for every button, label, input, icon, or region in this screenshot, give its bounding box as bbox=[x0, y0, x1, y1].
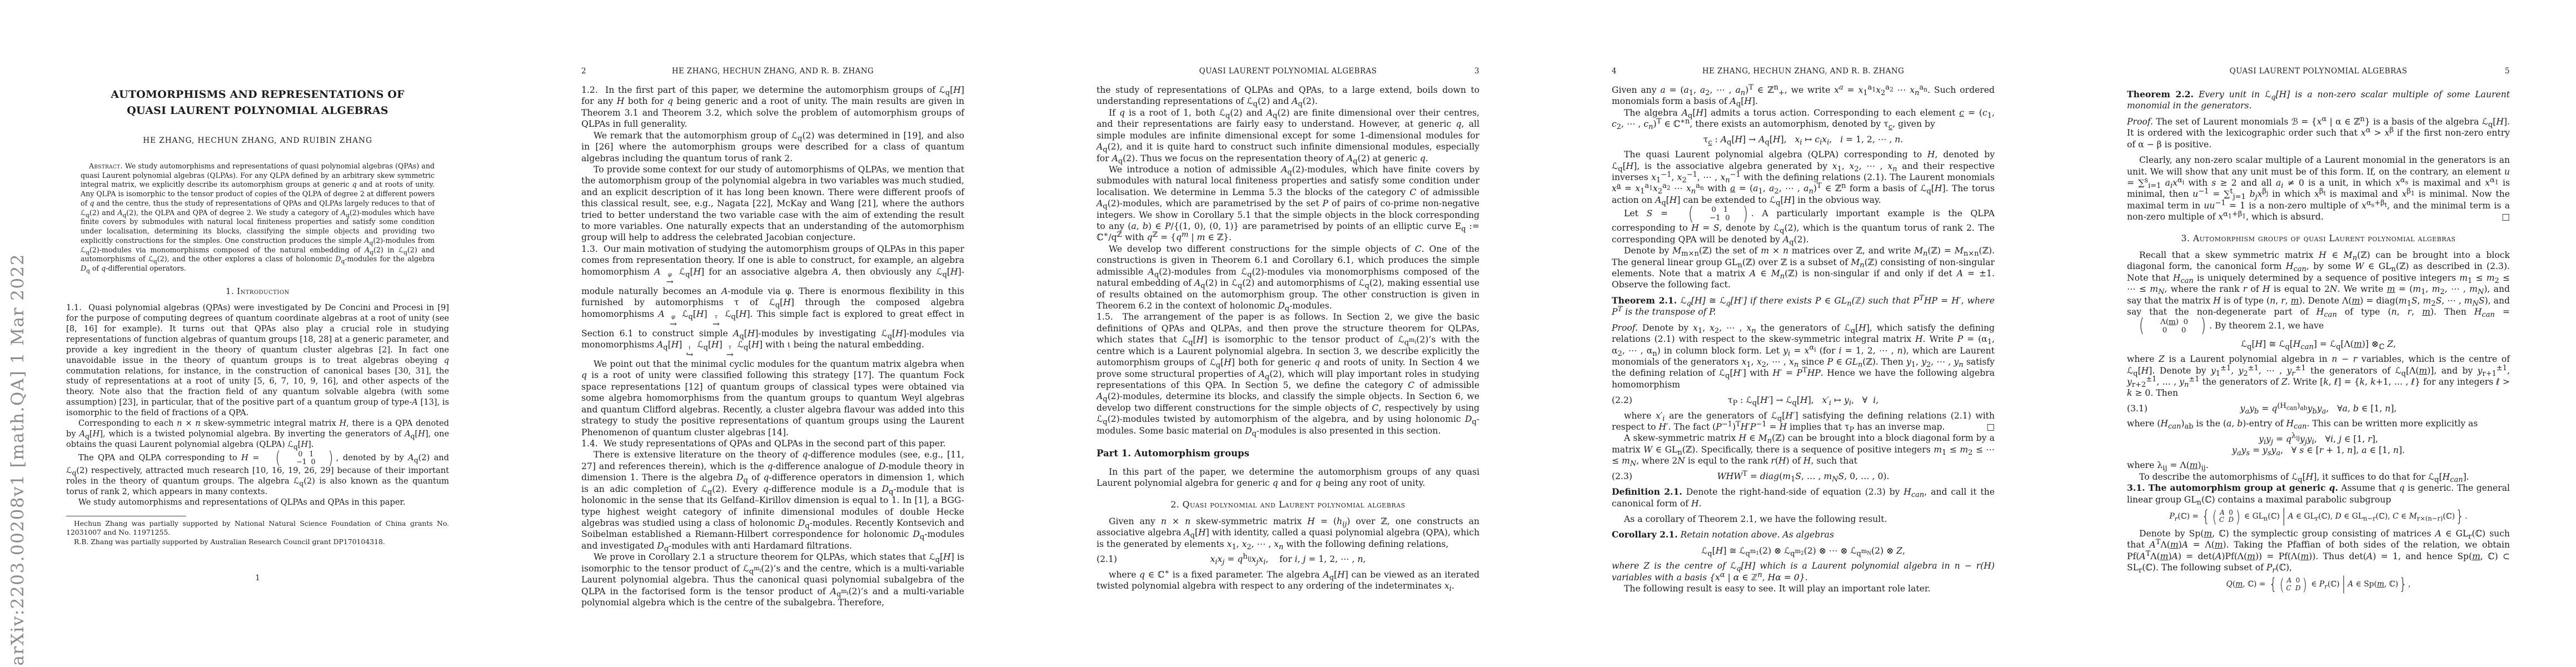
paragraph: 3.1. The automorphism group at generic q… bbox=[2127, 482, 2510, 505]
paragraph: The quasi Laurent polynomial algebra (QL… bbox=[1612, 149, 1995, 206]
equation-body: WHWT = diag(m1S, … , mNS, 0, … , 0). bbox=[1612, 471, 1995, 482]
section-heading: 1. Introduction bbox=[66, 287, 449, 297]
equation-body: τP : ℒq[H′] → ℒq[H], x′i ↦ yi, ∀ i, bbox=[1612, 395, 1995, 406]
running-title: QUASI LAURENT POLYNOMIAL ALGEBRAS bbox=[2230, 67, 2408, 76]
page-4: 4 HE ZHANG, HECHUN ZHANG, AND R. B. ZHAN… bbox=[1546, 0, 2061, 667]
paragraph: where Z is the centre of ℒq[H] which is … bbox=[1612, 560, 1995, 583]
paragraph: In this part of the paper, we determine … bbox=[1097, 466, 1479, 489]
paper-title: AUTOMORPHISMS AND REPRESENTATIONS OFQUAS… bbox=[66, 87, 449, 118]
paragraph: Given any n × n skew-symmetric matrix H … bbox=[1097, 516, 1479, 550]
part-heading: Part 1. Automorphism groups bbox=[1097, 447, 1479, 460]
paragraph: If q is a root of 1, both ℒq(2) and Aq(2… bbox=[1097, 107, 1479, 164]
qed-symbol: □ bbox=[1974, 421, 1995, 432]
running-head: 4 HE ZHANG, HECHUN ZHANG, AND R. B. ZHAN… bbox=[1612, 67, 1995, 76]
section-heading: 3. Automorphism groups of quasi Laurent … bbox=[2127, 233, 2510, 244]
paragraph: We remark that the automorphism group of… bbox=[581, 130, 964, 164]
paragraph: where (Hcan)ab is the (a, b)-entry of Hc… bbox=[2127, 418, 2510, 429]
paragraph: 1.3. Our main motivation of studying the… bbox=[581, 243, 964, 359]
equation-number: (3.1) bbox=[2127, 403, 2148, 414]
paragraph: To provide some context for our study of… bbox=[581, 164, 964, 243]
equation-number: (2.3) bbox=[1612, 471, 1632, 482]
page-2: 2 HE ZHANG, HECHUN ZHANG, AND R. B. ZHAN… bbox=[515, 0, 1030, 667]
theorem: Theorem 2.2. Every unit in ℒq[H] is a no… bbox=[2127, 89, 2510, 112]
page-4-content: Given any a = (a1, a2, ⋯ , an)T ∈ ℤn+, w… bbox=[1612, 84, 1995, 595]
display-equation: Pr(ℂ) = {(A 0C D) ∈ GLn(ℂ)|A ∈ GLr(ℂ), D… bbox=[2127, 509, 2510, 524]
paragraph: The QPA and QLPA corresponding to H = (0… bbox=[66, 450, 449, 497]
proof-paragraph: Proof. The set of Laurent monomials ℬ = … bbox=[2127, 116, 2510, 150]
equation-body: yayb = q(Hcan)abybya, ∀a, b ∈ [1, n], bbox=[2127, 403, 2510, 414]
paragraph: 1.1. Quasi polynomial algebras (QPAs) we… bbox=[66, 303, 449, 419]
numbered-equation: (2.3)WHWT = diag(m1S, … , mNS, 0, … , 0)… bbox=[1612, 471, 1995, 482]
equation-body: xixj = qhijxjxi, for i, j = 1, 2, ⋯ , n, bbox=[1097, 554, 1479, 565]
paragraph: The algebra Aq[H] admits a torus action.… bbox=[1612, 107, 1995, 130]
equation-number: (2.2) bbox=[1612, 395, 1632, 406]
header-page-number: 2 bbox=[581, 67, 586, 76]
paragraph: the study of representations of QLPAs an… bbox=[1097, 84, 1479, 107]
paragraph: Given any a = (a1, a2, ⋯ , an)T ∈ ℤn+, w… bbox=[1612, 84, 1995, 107]
document-sheet: arXiv:2203.00208v1 [math.QA] 1 Mar 2022 … bbox=[0, 0, 2576, 667]
paragraph: The following result is easy to see. It … bbox=[1612, 583, 1995, 594]
matrix-2x2: (A 0C D) bbox=[2279, 577, 2308, 592]
paragraph: Let S = (0 1−1 0). A particularly import… bbox=[1612, 206, 1995, 245]
display-equation: Q(m, ℂ) = {(A 0C D) ∈ Pr(ℂ)|A ∈ Sp(m, ℂ)… bbox=[2127, 577, 2510, 592]
paragraph: where q ∈ ℂ∗ is a fixed parameter. The a… bbox=[1097, 569, 1479, 592]
paragraph: where λij = Λ(m)ij. bbox=[2127, 460, 2510, 471]
paragraph: Recall that a skew symmetric matrix H ∈ … bbox=[2127, 250, 2510, 335]
numbered-equation: (2.1)xixj = qhijxjxi, for i, j = 1, 2, ⋯… bbox=[1097, 554, 1479, 565]
section-heading: 2. Quasi polynomial and Laurent polynomi… bbox=[1097, 499, 1479, 510]
page-1: arXiv:2203.00208v1 [math.QA] 1 Mar 2022 … bbox=[0, 0, 515, 667]
paragraph: Corresponding to each n × n skew-symmetr… bbox=[66, 419, 449, 450]
paragraph: 1.5. The arrangement of the paper is as … bbox=[1097, 311, 1479, 436]
authors-line: HE ZHANG, HECHUN ZHANG, AND RUIBIN ZHANG bbox=[66, 136, 449, 146]
paragraph: As a corollary of Theorem 2.1, we have t… bbox=[1612, 514, 1995, 525]
paragraph: where x′i are the generators of ℒq[H′] s… bbox=[1612, 410, 1995, 433]
page-number: 1 bbox=[0, 574, 515, 583]
footnote: R.B. Zhang was partially supported by Au… bbox=[66, 537, 449, 546]
paragraph: We prove in Corollary 2.1 a structure th… bbox=[581, 551, 964, 608]
paragraph: We point out that the minimal cyclic mod… bbox=[581, 359, 964, 438]
corollary: Corollary 2.1. Retain notation above. As… bbox=[1612, 529, 1995, 540]
header-page-number: 4 bbox=[1612, 67, 1617, 76]
paragraph: where Z is a Laurent polynomial algebra … bbox=[2127, 354, 2510, 399]
matrix-2x2: (0 1−1 0) bbox=[264, 450, 336, 466]
paragraph: We develop two different constructions f… bbox=[1097, 243, 1479, 312]
running-head: QUASI LAURENT POLYNOMIAL ALGEBRAS 3 bbox=[1097, 67, 1479, 76]
header-page-number-right: 5 bbox=[2505, 67, 2510, 76]
definition: Definition 2.1. Denote the right-hand-si… bbox=[1612, 486, 1995, 509]
paragraph: Denote by Mm×n(ℤ) the set of m × n matri… bbox=[1612, 245, 1995, 291]
page-2-content: 1.2. In the first part of this paper, we… bbox=[581, 84, 964, 608]
page-1-content: AUTOMORPHISMS AND REPRESENTATIONS OFQUAS… bbox=[66, 87, 449, 546]
numbered-equation: (3.1)yayb = q(Hcan)abybya, ∀a, b ∈ [1, n… bbox=[2127, 403, 2510, 414]
header-page-number-right: 3 bbox=[1474, 67, 1479, 76]
footnote-rule bbox=[66, 516, 186, 516]
paragraph: We introduce a notion of admissible Aq(2… bbox=[1097, 164, 1479, 243]
paragraph: Clearly, any non-zero scalar multiple of… bbox=[2127, 155, 2510, 223]
matrix-2x2: (A 0C D) bbox=[2211, 509, 2241, 524]
arxiv-watermark: arXiv:2203.00208v1 [math.QA] 1 Mar 2022 bbox=[8, 253, 28, 666]
display-equation: τc : Aq[H] → Aq[H], xi ↦ cixi, i = 1, 2,… bbox=[1612, 134, 1995, 145]
paragraph: We study automorphisms and representatio… bbox=[66, 497, 449, 508]
display-equation: yiyj = qλijyjyi, ∀i, j ∈ [1, r],yays = y… bbox=[2127, 434, 2510, 456]
proof-paragraph: Proof. Denote by x1, x2, ⋯ , xn the gene… bbox=[1612, 322, 1995, 391]
running-head: QUASI LAURENT POLYNOMIAL ALGEBRAS 5 bbox=[2127, 67, 2510, 76]
equation-number: (2.1) bbox=[1097, 554, 1117, 565]
display-equation: ℒq[H] ≅ ℒqm1(2) ⊗ ℒqm2(2) ⊗ ⋯ ⊗ ℒqmN(2) … bbox=[1612, 545, 1995, 556]
page-5: QUASI LAURENT POLYNOMIAL ALGEBRAS 5 Theo… bbox=[2061, 0, 2576, 667]
paragraph: A skew-symmetric matrix H ∈ Mn(ℤ) can be… bbox=[1612, 432, 1995, 466]
qed-symbol: □ bbox=[2489, 211, 2510, 222]
footnote: Hechun Zhang was partially supported by … bbox=[66, 519, 449, 537]
matrix-2x2: (0 1−1 0) bbox=[1677, 206, 1751, 222]
theorem: Theorem 2.1. ℒq[H] ≅ ℒq[H′] if there exi… bbox=[1612, 295, 1995, 318]
page-3-content: the study of representations of QLPAs an… bbox=[1097, 84, 1479, 592]
abstract: Abstract. We study automorphisms and rep… bbox=[81, 162, 435, 273]
paragraph: There is extensive literature on the the… bbox=[581, 449, 964, 551]
running-title: HE ZHANG, HECHUN ZHANG, AND R. B. ZHANG bbox=[1702, 67, 1904, 76]
paragraph: Denote by Sp(m, ℂ) the symplectic group … bbox=[2127, 528, 2510, 574]
running-title: QUASI LAURENT POLYNOMIAL ALGEBRAS bbox=[1199, 67, 1377, 76]
page-3: QUASI LAURENT POLYNOMIAL ALGEBRAS 3 the … bbox=[1030, 0, 1546, 667]
paragraph: To describe the automorphisms of ℒq[H], … bbox=[2127, 471, 2510, 482]
paragraph: 1.2. In the first part of this paper, we… bbox=[581, 84, 964, 130]
numbered-equation: (2.2)τP : ℒq[H′] → ℒq[H], x′i ↦ yi, ∀ i, bbox=[1612, 395, 1995, 406]
matrix-2x2: (Λ(m) 00 0) bbox=[2127, 318, 2209, 335]
paragraph: 1.4. We study representations of QPAs an… bbox=[581, 438, 964, 449]
running-head: 2 HE ZHANG, HECHUN ZHANG, AND R. B. ZHAN… bbox=[581, 67, 964, 76]
page-5-content: Theorem 2.2. Every unit in ℒq[H] is a no… bbox=[2127, 84, 2510, 596]
running-title: HE ZHANG, HECHUN ZHANG, AND R. B. ZHANG bbox=[672, 67, 874, 76]
display-equation: ℒq[H] ≅ ℒq[Hcan] = ℒq[Λ(m)] ⊗ℂ Z, bbox=[2127, 339, 2510, 350]
